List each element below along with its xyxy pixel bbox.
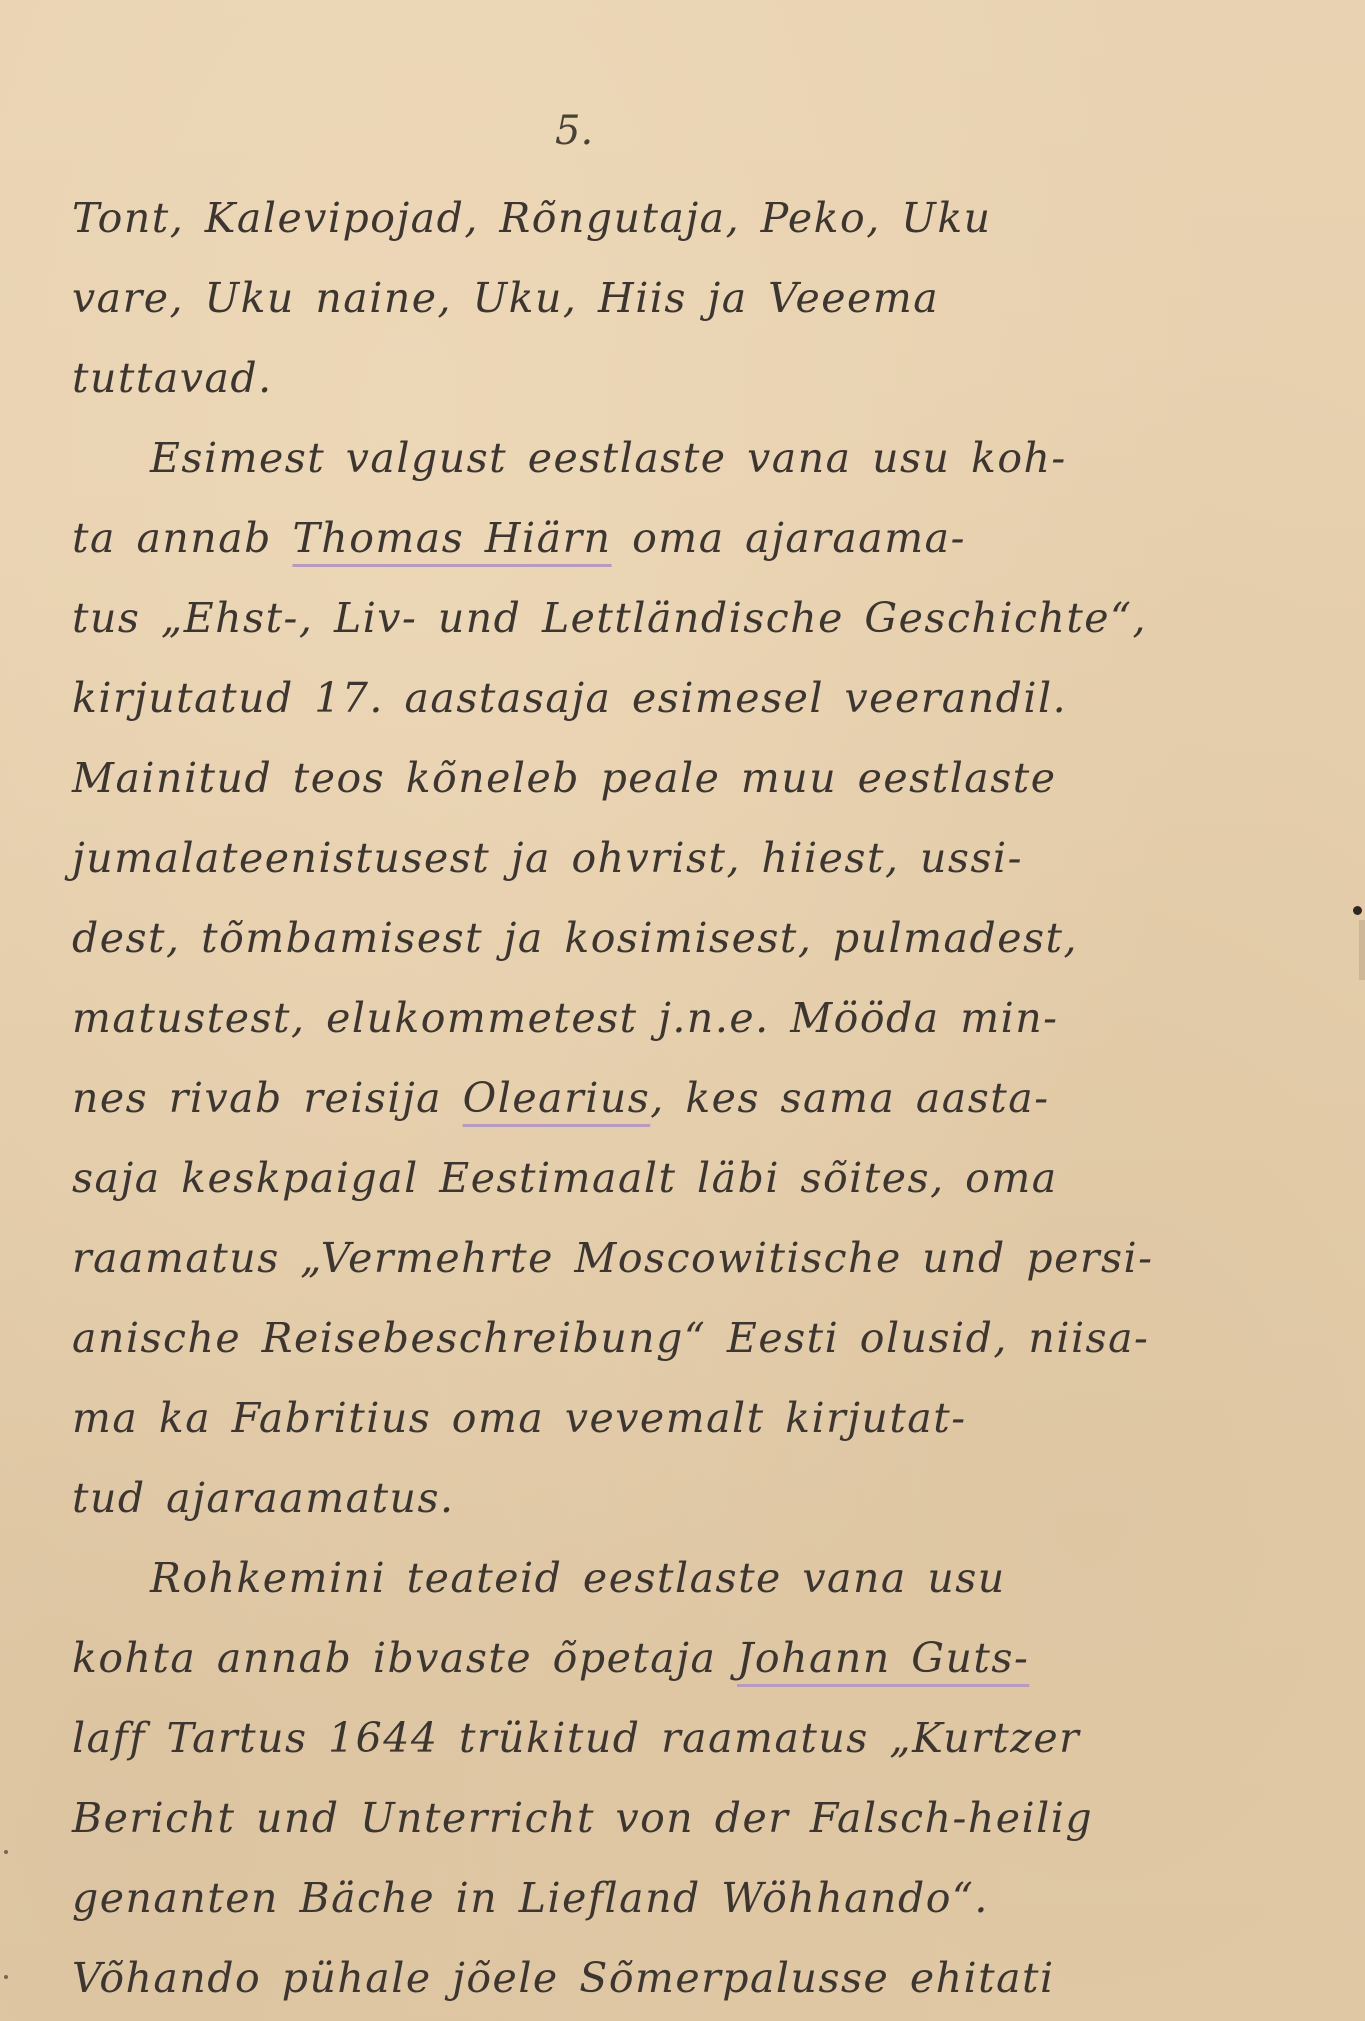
text-line: tud ajaraamatus. xyxy=(72,1458,1272,1538)
text-fragment: ta annab xyxy=(72,514,292,562)
text-line: Mainitud teos kõneleb peale muu eestlast… xyxy=(72,738,1272,818)
text-line: tuttavad. xyxy=(72,338,1272,418)
text-line: saja keskpaigal Eestimaalt läbi sõites, … xyxy=(72,1138,1272,1218)
text-line: kohta annab ibvaste õpetaja Johann Guts- xyxy=(72,1618,1272,1698)
ink-speck xyxy=(4,1975,8,1979)
text-line: ma ka Fabritius oma vevemalt kirjutat- xyxy=(72,1378,1272,1458)
text-line: Võhando pühale jõele Sõmerpalusse ehitat… xyxy=(72,1938,1272,2018)
underlined-name-thomas-hiarn: Thomas Hiärn xyxy=(292,514,611,562)
text-line: genanten Bäche in Liefland Wöhhando“. xyxy=(72,1858,1272,1938)
text-fragment: nes rivab reisija xyxy=(72,1074,463,1122)
text-fragment: oma ajaraama- xyxy=(612,514,966,562)
paragraph-start-line: Esimest valgust eestlaste vana usu koh- xyxy=(72,418,1272,498)
page-number: 5. xyxy=(555,108,593,154)
underlined-name-johann-gutslaff: Johann Guts- xyxy=(737,1634,1029,1682)
underlined-name-olearius: Olearius xyxy=(463,1074,651,1122)
text-line: dest, tõmbamisest ja kosimisest, pulmade… xyxy=(72,898,1272,978)
text-line: Bericht und Unterricht von der Falsch-he… xyxy=(72,1778,1272,1858)
handwritten-text-body: Tont, Kalevipojad, Rõngutaja, Peko, Uku … xyxy=(72,178,1272,2018)
text-line: nes rivab reisija Olearius, kes sama aas… xyxy=(72,1058,1272,1138)
text-line: raamatus „Vermehrte Moscowitische und pe… xyxy=(72,1218,1272,1298)
text-line: laff Tartus 1644 trükitud raamatus „Kurt… xyxy=(72,1698,1272,1778)
paper-edge-mark xyxy=(1359,920,1365,980)
text-line: matustest, elukommetest j.n.e. Mööda min… xyxy=(72,978,1272,1058)
text-fragment: kohta annab ibvaste õpetaja xyxy=(72,1634,737,1682)
text-line: jumalateenistusest ja ohvrist, hiiest, u… xyxy=(72,818,1272,898)
text-fragment: , kes sama aasta- xyxy=(650,1074,1049,1122)
ink-speck xyxy=(1353,906,1362,915)
text-line: ta annab Thomas Hiärn oma ajaraama- xyxy=(72,498,1272,578)
text-line: kirjutatud 17. aastasaja esimesel veeran… xyxy=(72,658,1272,738)
text-line: anische Reisebeschreibung“ Eesti olusid,… xyxy=(72,1298,1272,1378)
text-line: Tont, Kalevipojad, Rõngutaja, Peko, Uku xyxy=(72,178,1272,258)
manuscript-page: 5. Tont, Kalevipojad, Rõngutaja, Peko, U… xyxy=(0,0,1365,2021)
paragraph-start-line: Rohkemini teateid eestlaste vana usu xyxy=(72,1538,1272,1618)
ink-speck xyxy=(4,1850,8,1854)
text-line: tus „Ehst-, Liv- und Lettländische Gesch… xyxy=(72,578,1272,658)
text-line: vare, Uku naine, Uku, Hiis ja Veeema xyxy=(72,258,1272,338)
